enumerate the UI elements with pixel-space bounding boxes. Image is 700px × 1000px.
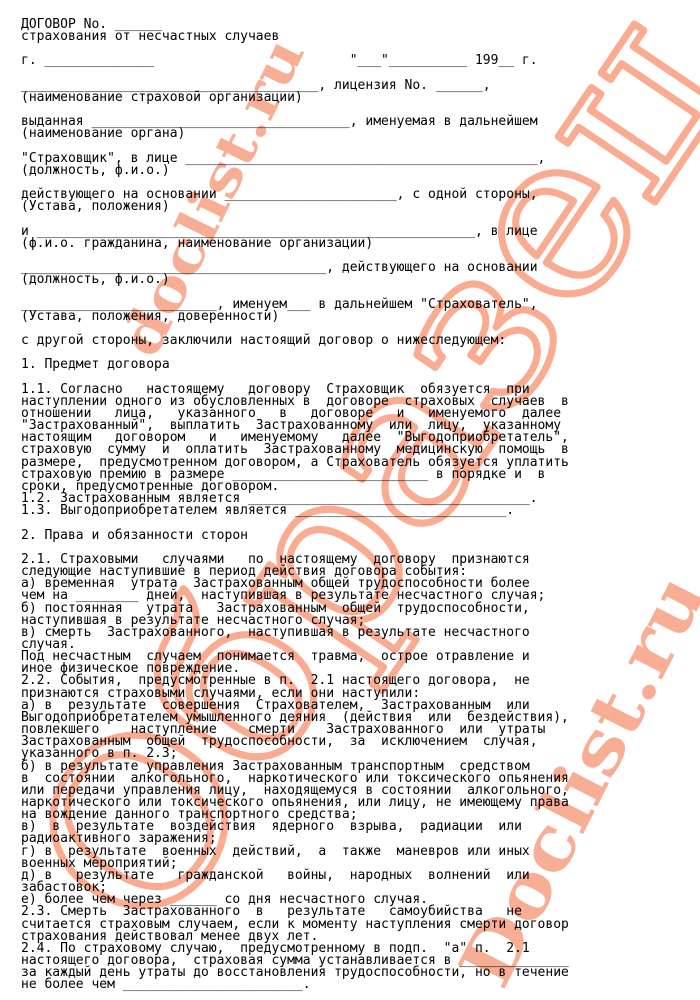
document-page: Образец doclist.ru Doclist.ru ДОГОВОР No… [0,0,700,1000]
contract-text: ДОГОВОР No. ______ страхования от несчас… [21,19,569,992]
